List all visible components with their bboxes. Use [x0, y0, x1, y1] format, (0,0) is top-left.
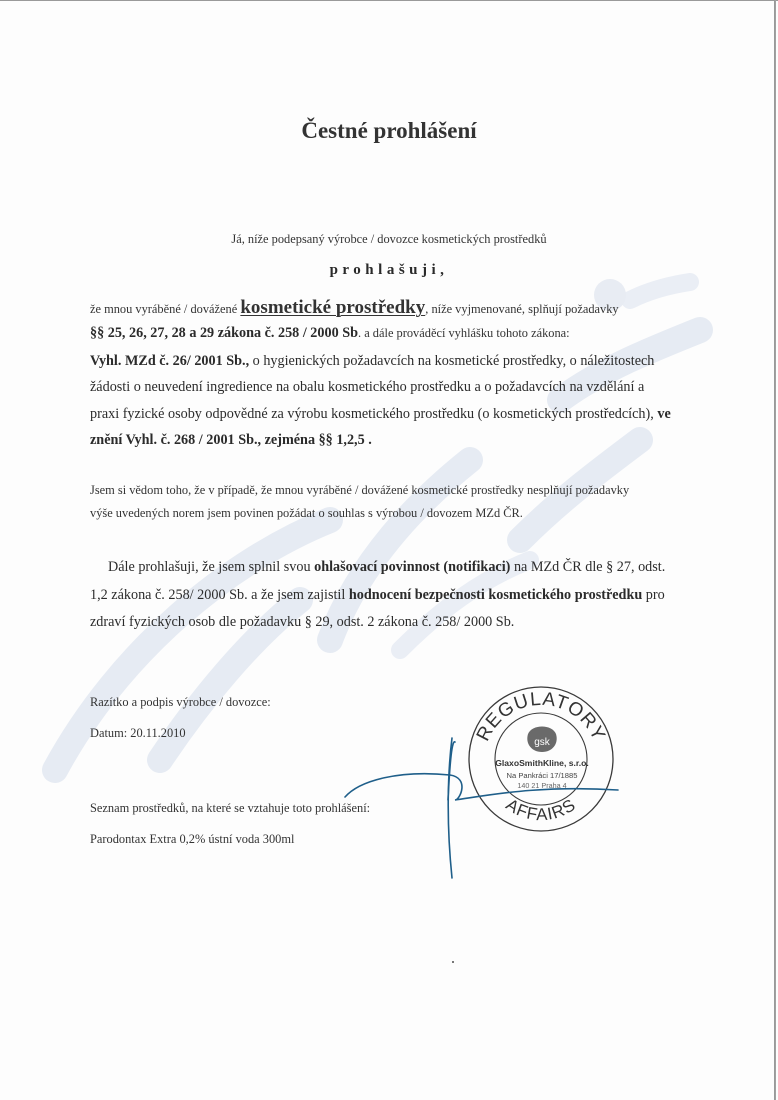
regulatory-affairs-stamp: REGULATORY AFFAIRS gsk GlaxoSmithKline, … [466, 684, 616, 834]
page-edge-top [0, 0, 778, 1]
paragraph3-line3: zdraví fyzických osob dle požadavku § 29… [90, 614, 514, 631]
paragraph1-line6: znění Vyhl. č. 268 / 2001 Sb., zejména §… [90, 432, 372, 449]
svg-text:GlaxoSmithKline, s.r.o.: GlaxoSmithKline, s.r.o. [495, 758, 589, 768]
p3-l2-a: 1,2 zákona č. 258/ 2000 Sb. a že jsem za… [90, 587, 349, 603]
document-title: Čestné prohlášení [0, 118, 778, 144]
p1-l1-a: že mnou vyráběné / dovážené [90, 302, 237, 316]
p1-l2-b: . a dále prováděcí vyhlášku tohoto zákon… [358, 326, 570, 340]
watermark [0, 0, 778, 1100]
p1-l3-b: o hygienických požadavcích na kosmetické… [249, 353, 654, 369]
p1-l5-b: ve [654, 406, 671, 422]
paragraph3-line2: 1,2 zákona č. 258/ 2000 Sb. a že jsem za… [90, 587, 665, 604]
svg-text:gsk: gsk [534, 737, 551, 748]
paragraph1-line2: §§ 25, 26, 27, 28 a 29 zákona č. 258 / 2… [90, 325, 570, 342]
p3-l2-b: hodnocení bezpečnosti kosmetického prost… [349, 587, 642, 603]
intro-line: Já, níže podepsaný výrobce / dovozce kos… [0, 232, 778, 247]
p3-l1-b: ohlašovací povinnost (notifikaci) [314, 559, 510, 575]
svg-text:Na Pankráci 17/1885: Na Pankráci 17/1885 [507, 771, 578, 780]
paragraph1-line1: že mnou vyráběné / dovážené kosmetické p… [90, 297, 619, 319]
paragraph2-line2: výše uvedených norem jsem povinen požáda… [90, 506, 523, 521]
date-label: Datum: 20.11.2010 [90, 726, 186, 741]
cosmetic-products-emphasis: kosmetické prostředky [240, 297, 425, 318]
p1-l2-a: §§ 25, 26, 27, 28 a 29 zákona č. 258 / 2… [90, 325, 358, 341]
product-item: Parodontax Extra 0,2% ústní voda 300ml [90, 832, 294, 847]
signature-label: Razítko a podpis výrobce / dovozce: [90, 695, 271, 710]
paragraph1-line4: žádosti o neuvedení ingredience na obalu… [90, 379, 644, 396]
page-edge-right [774, 0, 776, 1100]
p1-l3-a: Vyhl. MZd č. 26/ 2001 Sb., [90, 353, 249, 369]
p3-l2-c: pro [642, 587, 664, 603]
product-list-label: Seznam prostředků, na které se vztahuje … [90, 801, 370, 816]
p1-l5-a: praxi fyzické osoby odpovědné za výrobu … [90, 406, 654, 422]
declaration-word: prohlašuji, [0, 262, 778, 279]
paragraph1-line3: Vyhl. MZd č. 26/ 2001 Sb., o hygienickýc… [90, 353, 654, 370]
paragraph2-line1: Jsem si vědom toho, že v případě, že mno… [90, 483, 629, 498]
svg-text:AFFAIRS: AFFAIRS [503, 795, 580, 824]
svg-text:140 21 Praha 4: 140 21 Praha 4 [517, 781, 566, 790]
handwritten-signature [0, 0, 778, 1100]
p1-l1-c: , níže vyjmenované, splňují požadavky [425, 302, 618, 316]
p3-l1-a: Dále prohlašuji, že jsem splnil svou [108, 559, 314, 575]
paragraph3-line1: Dále prohlašuji, že jsem splnil svou ohl… [108, 559, 665, 576]
scan-speck [452, 961, 454, 963]
p3-l1-c: na MZd ČR dle § 27, odst. [510, 559, 665, 575]
paragraph1-line5: praxi fyzické osoby odpovědné za výrobu … [90, 406, 671, 423]
